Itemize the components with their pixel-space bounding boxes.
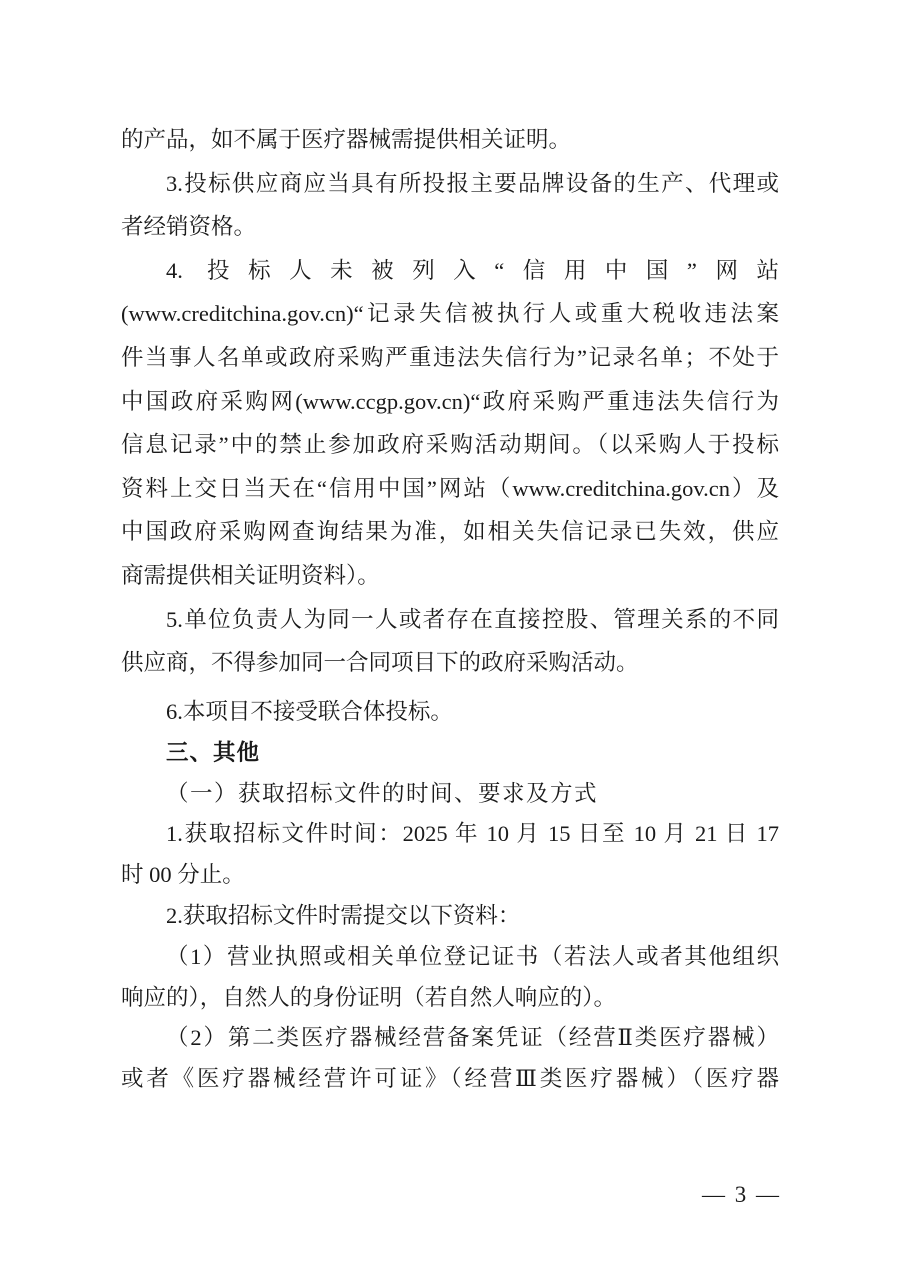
text-line: （1）营业执照或相关单位登记证书（若法人或者其他组织	[121, 937, 779, 978]
section-heading: 三、其他	[121, 733, 779, 774]
text-line: 3.投标供应商应当具有所投报主要品牌设备的生产、代理或	[121, 162, 779, 206]
text-line: 者经销资格。	[121, 205, 779, 249]
text-line: (www.creditchina.gov.cn)“记录失信被执行人或重大税收违法…	[121, 292, 779, 336]
text-line: 4. 投标人未被列入“信用中国”网站	[121, 249, 779, 293]
text-line: 时 00 分止。	[121, 855, 779, 896]
document-page: 的产品，如不属于医疗器械需提供相关证明。3.投标供应商应当具有所投报主要品牌设备…	[0, 0, 900, 1270]
text-line: 2.获取招标文件时需提交以下资料：	[121, 896, 779, 937]
text-line: 1.获取招标文件时间：2025 年 10 月 15 日至 10 月 21 日 1…	[121, 814, 779, 855]
text-line: （2）第二类医疗器械经营备案凭证（经营Ⅱ类医疗器械）	[121, 1018, 779, 1059]
text-line: 供应商，不得参加同一合同项目下的政府采购活动。	[121, 641, 779, 685]
text-line: 5.单位负责人为同一人或者存在直接控股、管理关系的不同	[121, 598, 779, 642]
text-line: 响应的），自然人的身份证明（若自然人响应的）。	[121, 978, 779, 1019]
document-body-upper: 的产品，如不属于医疗器械需提供相关证明。3.投标供应商应当具有所投报主要品牌设备…	[121, 118, 779, 685]
text-line: 信息记录”中的禁止参加政府采购活动期间。（以采购人于投标	[121, 423, 779, 467]
text-line: 中国政府采购网查询结果为准，如相关失信记录已失效，供应	[121, 510, 779, 554]
text-line: 中国政府采购网(www.ccgp.gov.cn)“政府采购严重违法失信行为	[121, 380, 779, 424]
subsection-heading: （一）获取招标文件的时间、要求及方式	[121, 774, 779, 815]
text-line: 商需提供相关证明资料）。	[121, 554, 779, 598]
text-line: 的产品，如不属于医疗器械需提供相关证明。	[121, 118, 779, 162]
text-line: 件当事人名单或政府采购严重违法失信行为”记录名单；不处于	[121, 336, 779, 380]
text-line: 6.本项目不接受联合体投标。	[121, 692, 779, 733]
document-body-lower: 6.本项目不接受联合体投标。三、其他（一）获取招标文件的时间、要求及方式1.获取…	[121, 692, 779, 1100]
text-line: 或者《医疗器械经营许可证》（经营Ⅲ类医疗器械）（医疗器	[121, 1059, 779, 1100]
page-number: — 3 —	[702, 1181, 781, 1209]
text-line: 资料上交日当天在“信用中国”网站（www.creditchina.gov.cn）…	[121, 467, 779, 511]
